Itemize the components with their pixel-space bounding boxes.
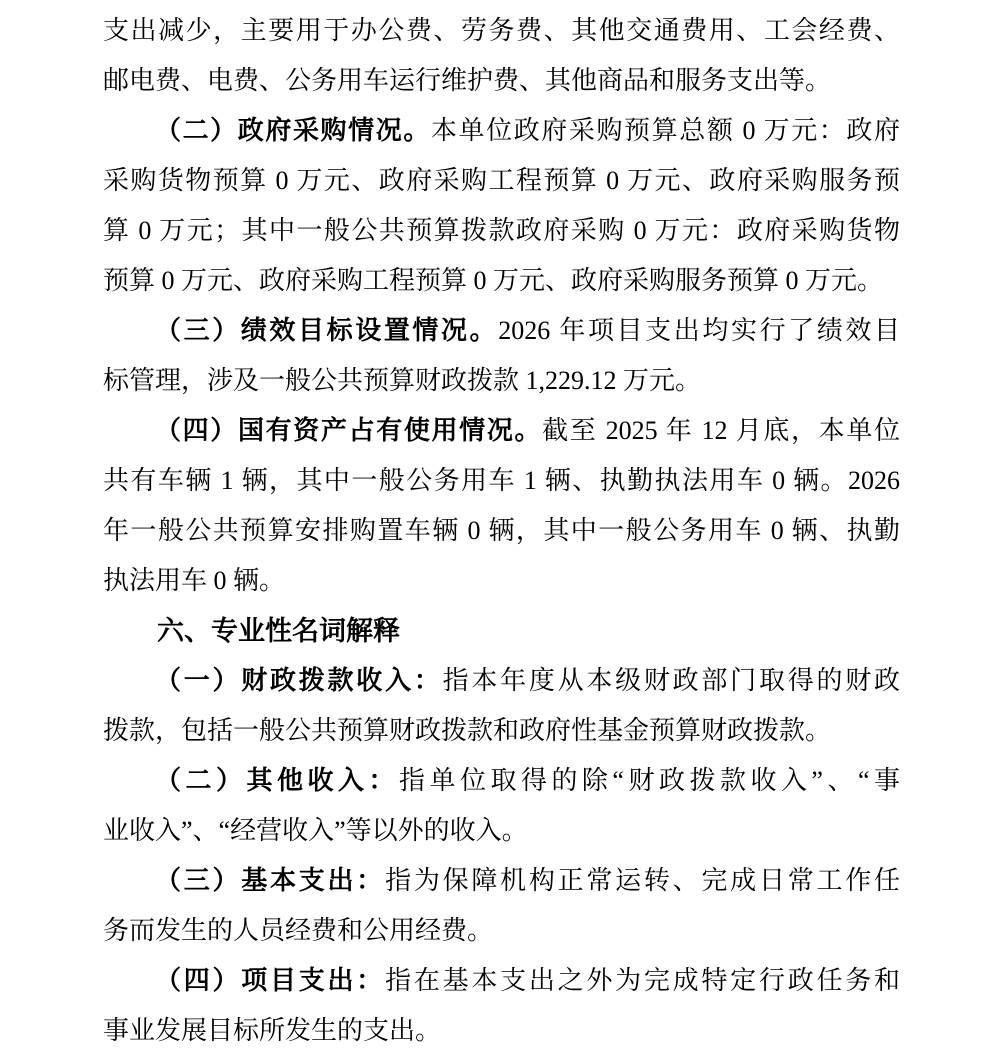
- text-line: （一）财政拨款收入：指本年度从本级财政部门取得的财政: [103, 656, 900, 706]
- paragraph-text: 业收入”、“经营收入”等以外的收入。: [103, 816, 528, 845]
- paragraph-text: 预算 0 万元、政府采购工程预算 0 万元、政府采购服务预算 0 万元。: [103, 266, 883, 295]
- text-line: 年一般公共预算安排购置车辆 0 辆，其中一般公务用车 0 辆、执勤: [103, 506, 900, 556]
- paragraph-lead-in: （二）政府采购情况。: [155, 116, 431, 145]
- text-line: （四）项目支出：指在基本支出之外为完成特定行政任务和: [103, 956, 900, 1006]
- text-line: 采购货物预算 0 万元、政府采购工程预算 0 万元、政府采购服务预: [103, 156, 900, 206]
- text-line: 执法用车 0 辆。: [103, 556, 900, 606]
- paragraph-text: 共有车辆 1 辆，其中一般公务用车 1 辆、执勤执法用车 0 辆。2026: [103, 466, 900, 495]
- text-line: 支出减少，主要用于办公费、劳务费、其他交通费用、工会经费、: [103, 6, 900, 56]
- paragraph-lead-in: （四）项目支出：: [155, 966, 385, 995]
- paragraph-text: 执法用车 0 辆。: [103, 566, 285, 595]
- text-line: 标管理，涉及一般公共预算财政拨款 1,229.12 万元。: [103, 356, 900, 406]
- paragraph-text: 务而发生的人员经费和公用经费。: [103, 916, 493, 945]
- paragraph-text: 支出减少，主要用于办公费、劳务费、其他交通费用、工会经费、: [103, 16, 900, 45]
- paragraph-lead-in: （三）基本支出：: [155, 866, 385, 895]
- paragraph-text: 2026 年项目支出均实行了绩效目: [498, 316, 900, 345]
- text-line: 算 0 万元；其中一般公共预算拨款政府采购 0 万元：政府采购货物: [103, 206, 900, 256]
- paragraph-text: 指本年度从本级财政部门取得的财政: [443, 666, 900, 695]
- paragraph-text: 邮电费、电费、公务用车运行维护费、其他商品和服务支出等。: [103, 66, 831, 95]
- paragraph-text: 截至 2025 年 12 月底，本单位: [542, 416, 900, 445]
- text-line: 邮电费、电费、公务用车运行维护费、其他商品和服务支出等。: [103, 56, 900, 106]
- document-body: 支出减少，主要用于办公费、劳务费、其他交通费用、工会经费、邮电费、电费、公务用车…: [103, 6, 900, 1053]
- text-line: （四）国有资产占有使用情况。截至 2025 年 12 月底，本单位: [103, 406, 900, 456]
- paragraph-text: 拨款，包括一般公共预算财政拨款和政府性基金预算财政拨款。: [103, 716, 831, 745]
- text-line: 务而发生的人员经费和公用经费。: [103, 906, 900, 956]
- paragraph-lead-in: （四）国有资产占有使用情况。: [155, 416, 542, 445]
- text-line: 预算 0 万元、政府采购工程预算 0 万元、政府采购服务预算 0 万元。: [103, 256, 900, 306]
- text-line: （二）政府采购情况。本单位政府采购预算总额 0 万元：政府: [103, 106, 900, 156]
- paragraph-lead-in: （一）财政拨款收入：: [155, 666, 443, 695]
- paragraph-text: 事业发展目标所发生的支出。: [103, 1016, 441, 1045]
- text-line: 事业发展目标所发生的支出。: [103, 1006, 900, 1053]
- paragraph-lead-in: （二）其他收入：: [155, 766, 399, 795]
- text-line: 业收入”、“经营收入”等以外的收入。: [103, 806, 900, 856]
- paragraph-text: 指在基本支出之外为完成特定行政任务和: [385, 966, 900, 995]
- paragraph-text: 本单位政府采购预算总额 0 万元：政府: [431, 116, 900, 145]
- document-page: 支出减少，主要用于办公费、劳务费、其他交通费用、工会经费、邮电费、电费、公务用车…: [0, 0, 1000, 1053]
- paragraph-text: 指为保障机构正常运转、完成日常工作任: [385, 866, 900, 895]
- paragraph-text: 算 0 万元；其中一般公共预算拨款政府采购 0 万元：政府采购货物: [103, 216, 900, 245]
- paragraph-text: 年一般公共预算安排购置车辆 0 辆，其中一般公务用车 0 辆、执勤: [103, 516, 900, 545]
- paragraph-lead-in: （三）绩效目标设置情况。: [155, 316, 498, 345]
- text-line: （二）其他收入：指单位取得的除“财政拨款收入”、“事: [103, 756, 900, 806]
- paragraph-text: 采购货物预算 0 万元、政府采购工程预算 0 万元、政府采购服务预: [103, 166, 900, 195]
- paragraph-text: 标管理，涉及一般公共预算财政拨款 1,229.12 万元。: [103, 366, 701, 395]
- text-line: （三）基本支出：指为保障机构正常运转、完成日常工作任: [103, 856, 900, 906]
- section-heading: 六、专业性名词解释: [103, 606, 900, 656]
- heading-text: 六、专业性名词解释: [157, 616, 400, 646]
- text-line: 共有车辆 1 辆，其中一般公务用车 1 辆、执勤执法用车 0 辆。2026: [103, 456, 900, 506]
- paragraph-text: 指单位取得的除“财政拨款收入”、“事: [399, 766, 900, 795]
- text-line: （三）绩效目标设置情况。2026 年项目支出均实行了绩效目: [103, 306, 900, 356]
- text-line: 拨款，包括一般公共预算财政拨款和政府性基金预算财政拨款。: [103, 706, 900, 756]
